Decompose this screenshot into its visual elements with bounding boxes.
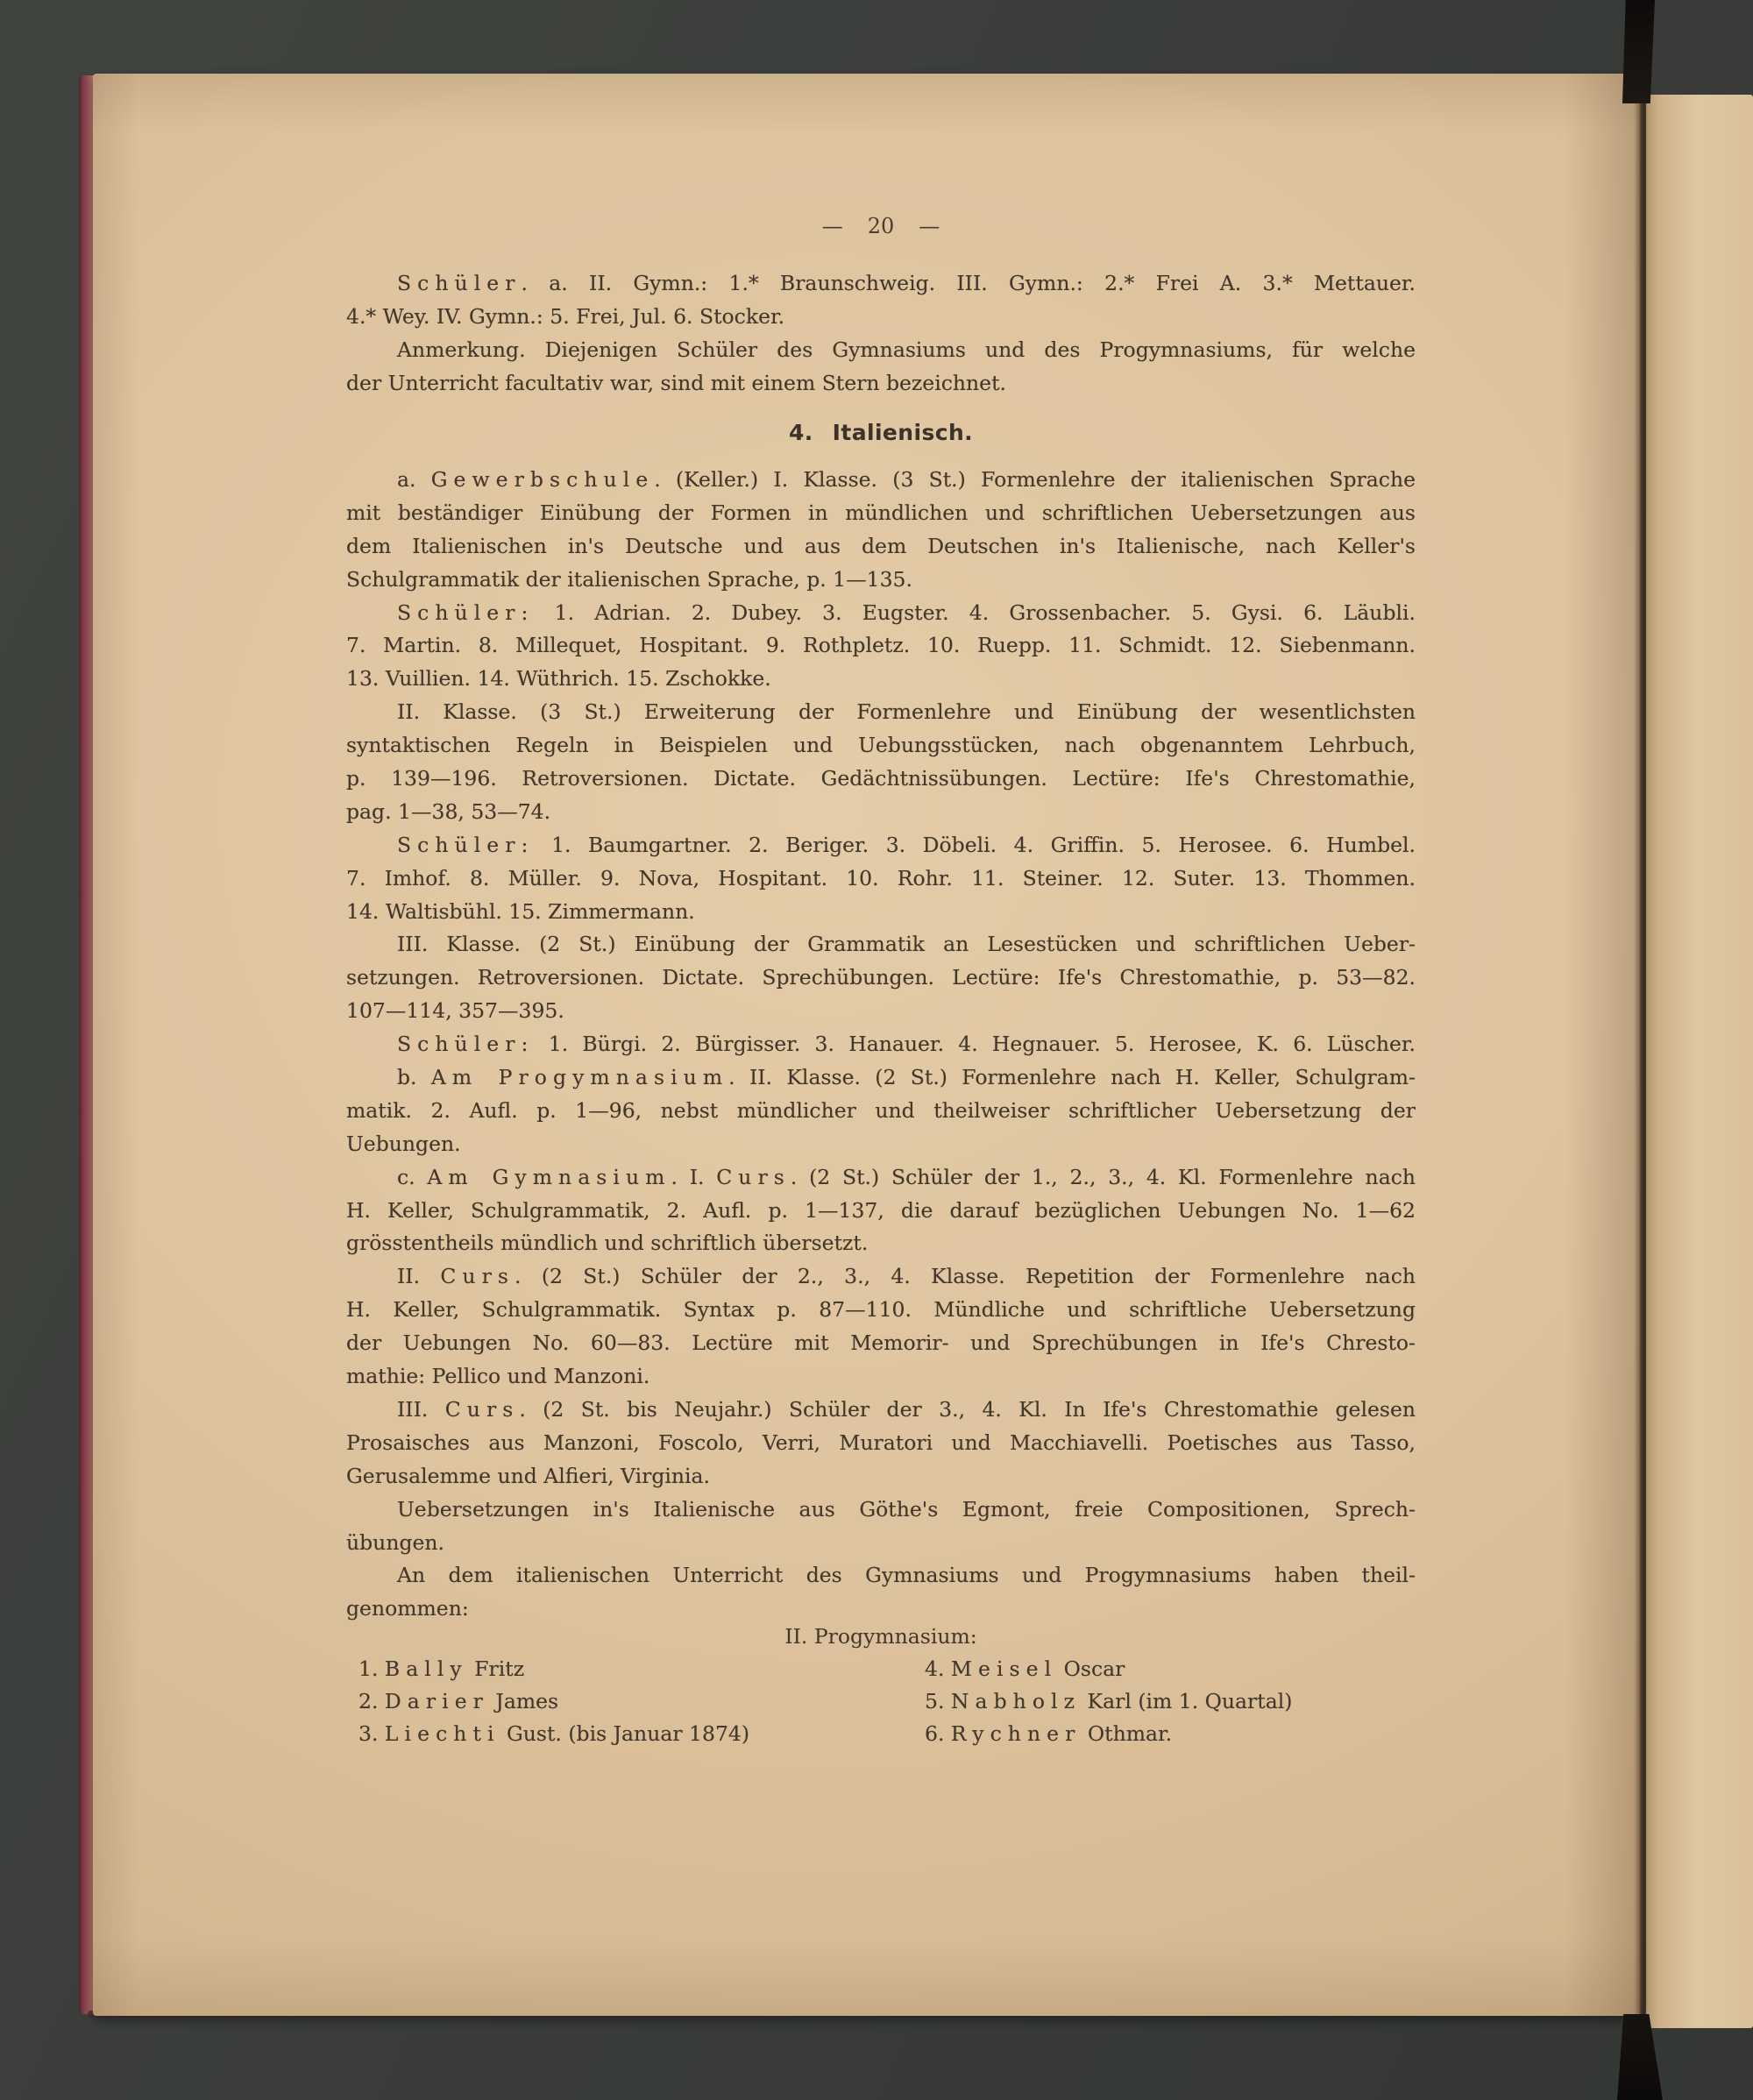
text-line: Anmerkung. Diejenigen Schüler des Gymnas…: [346, 333, 1416, 366]
text-line: Schüler. a. II. Gymn.: 1.* Braunschweig.…: [346, 266, 1416, 300]
text-line: Schüler: 1. Bürgi. 2. Bürgisser. 3. Hana…: [346, 1028, 1416, 1061]
text-segment: Uebersetzungen in's Italienische aus Göt…: [397, 1497, 1416, 1522]
text-segment: H. Keller, Schulgrammatik, 2. Aufl. p. 1…: [346, 1198, 1416, 1223]
text-line: 4. Meisel Oscar: [925, 1653, 1292, 1685]
participants-right: 4. Meisel Oscar5. Nabholz Karl (im 1. Qu…: [925, 1653, 1292, 1749]
text-segment: . (2 St.) Schüler der 2., 3., 4. Klasse.…: [515, 1264, 1416, 1288]
participants-list: 1. Bally Fritz2. Darier James3. Liechti …: [346, 1653, 1416, 1758]
text-line: a. Gewerbschule. (Keller.) I. Klasse. (3…: [346, 464, 1416, 497]
bookmark-ribbon-top: [1622, 0, 1655, 103]
text-segment: Oscar: [1057, 1657, 1125, 1681]
text-line: 3. Liechti Gust. (bis Januar 1874): [358, 1718, 749, 1750]
text-segment: a.: [397, 467, 431, 492]
letterspaced-text: Nabholz: [951, 1689, 1081, 1713]
section-heading-label: Italienisch.: [833, 420, 973, 445]
letterspaced-text: Darier: [385, 1689, 489, 1713]
text-segment: Gust. (bis Januar 1874): [500, 1721, 749, 1746]
text-line: mathie: Pellico und Manzoni.: [346, 1360, 1416, 1394]
text-segment: grösstentheils mündlich und schriftlich …: [346, 1231, 868, 1255]
text-segment: 7. Imhof. 8. Müller. 9. Nova, Hospitant.…: [346, 866, 1416, 890]
intro-block: Schüler. a. II. Gymn.: 1.* Braunschweig.…: [346, 266, 1416, 400]
text-segment: 3.: [358, 1721, 385, 1746]
text-line: 4.* Wey. IV. Gymn.: 5. Frei, Jul. 6. Sto…: [346, 300, 1416, 333]
letterspaced-text: Liechti: [385, 1721, 500, 1746]
text-line: der Uebungen No. 60—83. Lectüre mit Memo…: [346, 1327, 1416, 1360]
text-line: c. Am Gymnasium. I. Curs. (2 St.) Schüle…: [346, 1161, 1416, 1195]
text-segment: II. Klasse. (3 St.) Erweiterung der Form…: [397, 699, 1416, 724]
section-heading: 4.Italienisch.: [346, 415, 1416, 451]
text-line: Uebersetzungen in's Italienische aus Göt…: [346, 1493, 1416, 1527]
text-segment: 2.: [358, 1689, 385, 1713]
text-segment: 14. Waltisbühl. 15. Zimmermann.: [346, 899, 695, 924]
next-page-edge: [1646, 95, 1753, 2028]
text-line: übungen.: [346, 1527, 1416, 1560]
text-segment: 107—114, 357—395.: [346, 998, 564, 1023]
text-segment: 6.: [925, 1721, 951, 1746]
letterspaced-text: Meisel: [951, 1657, 1057, 1681]
text-segment: pag. 1—38, 53—74.: [346, 799, 550, 824]
page-number-dash-left: —: [822, 214, 843, 238]
text-line: Prosaisches aus Manzoni, Foscolo, Verri,…: [346, 1427, 1416, 1460]
text-segment: Schulgrammatik der italienischen Sprache…: [346, 567, 912, 592]
text-segment: Othmar.: [1081, 1721, 1172, 1746]
text-line: b. Am Progymnasium. II. Klasse. (2 St.) …: [346, 1061, 1416, 1095]
text-segment: Anmerkung. Diejenigen Schüler des Gymnas…: [397, 337, 1416, 362]
text-segment: An dem italienischen Unterricht des Gymn…: [397, 1563, 1416, 1587]
letterspaced-text: Curs: [445, 1397, 520, 1422]
section-heading-number: 4.: [789, 415, 813, 451]
text-segment: syntaktischen Regeln in Beispielen und U…: [346, 733, 1416, 757]
page-number-value: 20: [868, 209, 895, 243]
text-line: pag. 1—38, 53—74.: [346, 796, 1416, 829]
letterspaced-text: Curs: [440, 1264, 515, 1288]
text-line: Uebungen.: [346, 1128, 1416, 1161]
text-segment: matik. 2. Aufl. p. 1—96, nebst mündliche…: [346, 1098, 1416, 1123]
text-segment: 1.: [358, 1657, 385, 1681]
body-block: a. Gewerbschule. (Keller.) I. Klasse. (3…: [346, 464, 1416, 1626]
letterspaced-text: Am Gymnasium: [427, 1165, 671, 1189]
text-segment: übungen.: [346, 1530, 444, 1555]
text-line: III. Curs. (2 St. bis Neujahr.) Schüler …: [346, 1394, 1416, 1427]
text-line: 2. Darier James: [358, 1685, 749, 1718]
letterspaced-text: Am Progymnasium: [431, 1065, 728, 1089]
text-line: 7. Imhof. 8. Müller. 9. Nova, Hospitant.…: [346, 862, 1416, 896]
text-segment: 13. Vuillien. 14. Wüthrich. 15. Zschokke…: [346, 666, 771, 691]
text-segment: . (2 St.) Schüler der 1., 2., 3., 4. Kl.…: [791, 1165, 1416, 1189]
text-segment: 7. Martin. 8. Millequet, Hospitant. 9. R…: [346, 633, 1416, 657]
text-line: H. Keller, Schulgrammatik, 2. Aufl. p. 1…: [346, 1195, 1416, 1228]
text-line: II. Klasse. (3 St.) Erweiterung der Form…: [346, 696, 1416, 729]
page-fold-shadow: [1634, 93, 1648, 2028]
text-segment: Prosaisches aus Manzoni, Foscolo, Verri,…: [346, 1430, 1416, 1455]
text-line: grösstentheils mündlich und schriftlich …: [346, 1227, 1416, 1260]
text-line: 5. Nabholz Karl (im 1. Quartal): [925, 1685, 1292, 1718]
text-segment: c.: [397, 1165, 427, 1189]
text-line: H. Keller, Schulgrammatik. Syntax p. 87—…: [346, 1294, 1416, 1327]
scanned-book-spread: —20— Schüler. a. II. Gymn.: 1.* Braunsch…: [0, 0, 1753, 2100]
page-number-dash-right: —: [919, 214, 940, 238]
text-line: mit beständiger Einübung der Formen in m…: [346, 497, 1416, 530]
text-segment: 5.: [925, 1689, 951, 1713]
text-line: Schüler: 1. Adrian. 2. Dubey. 3. Eugster…: [346, 597, 1416, 630]
text-line: syntaktischen Regeln in Beispielen und U…: [346, 729, 1416, 763]
text-line: 13. Vuillien. 14. Wüthrich. 15. Zschokke…: [346, 663, 1416, 696]
text-segment: genommen:: [346, 1596, 469, 1621]
text-line: dem Italienischen in's Deutsche und aus …: [346, 530, 1416, 564]
text-segment: 1. Adrian. 2. Dubey. 3. Eugster. 4. Gros…: [535, 600, 1416, 625]
text-segment: dem Italienischen in's Deutsche und aus …: [346, 534, 1416, 558]
text-line: 14. Waltisbühl. 15. Zimmermann.: [346, 896, 1416, 929]
letterspaced-text: Bally: [385, 1657, 468, 1681]
text-line: setzungen. Retroversionen. Dictate. Spre…: [346, 961, 1416, 995]
text-line: 1. Bally Fritz: [358, 1653, 749, 1685]
page-number: —20—: [346, 209, 1416, 243]
text-line: matik. 2. Aufl. p. 1—96, nebst mündliche…: [346, 1095, 1416, 1128]
text-line: der Unterricht facultativ war, sind mit …: [346, 366, 1416, 400]
text-segment: James: [489, 1689, 558, 1713]
text-segment: der Uebungen No. 60—83. Lectüre mit Memo…: [346, 1330, 1416, 1355]
text-segment: . I.: [671, 1165, 717, 1189]
text-line: Gerusalemme und Alfieri, Virginia.: [346, 1460, 1416, 1493]
text-segment: Gerusalemme und Alfieri, Virginia.: [346, 1464, 710, 1488]
text-line: Schulgrammatik der italienischen Sprache…: [346, 564, 1416, 597]
text-segment: Karl (im 1. Quartal): [1081, 1689, 1292, 1713]
letterspaced-text: Schüler:: [397, 1032, 535, 1056]
letterspaced-text: Gewerbschule: [431, 467, 655, 492]
letterspaced-text: Schüler:: [397, 833, 535, 857]
text-line: 107—114, 357—395.: [346, 995, 1416, 1028]
text-segment: III.: [397, 1397, 445, 1422]
text-segment: . II. Klasse. (2 St.) Formenlehre nach H…: [728, 1065, 1416, 1089]
text-segment: mit beständiger Einübung der Formen in m…: [346, 500, 1416, 525]
text-segment: 1. Bürgi. 2. Bürgisser. 3. Hanauer. 4. H…: [535, 1032, 1416, 1056]
text-segment: Fritz: [468, 1657, 524, 1681]
text-segment: 4.* Wey. IV. Gymn.: 5. Frei, Jul. 6. Sto…: [346, 304, 784, 329]
letterspaced-text: Rychner: [951, 1721, 1081, 1746]
text-segment: mathie: Pellico und Manzoni.: [346, 1364, 649, 1388]
text-segment: 1. Baumgartner. 2. Beriger. 3. Döbeli. 4…: [535, 833, 1416, 857]
text-segment: III. Klasse. (2 St.) Einübung der Gramma…: [397, 932, 1416, 956]
text-line: p. 139—196. Retroversionen. Dictate. Ged…: [346, 763, 1416, 796]
letterspaced-text: Schüler:: [397, 600, 535, 625]
text-segment: p. 139—196. Retroversionen. Dictate. Ged…: [346, 766, 1416, 791]
text-segment: der Unterricht facultativ war, sind mit …: [346, 371, 1006, 395]
text-line: Schüler: 1. Baumgartner. 2. Beriger. 3. …: [346, 829, 1416, 862]
participants-left: 1. Bally Fritz2. Darier James3. Liechti …: [358, 1653, 749, 1749]
text-segment: . a. II. Gymn.: 1.* Braunschweig. III. G…: [522, 271, 1416, 295]
text-segment: H. Keller, Schulgrammatik. Syntax p. 87—…: [346, 1297, 1416, 1322]
text-segment: . (2 St. bis Neujahr.) Schüler der 3., 4…: [519, 1397, 1416, 1422]
text-line: II. Curs. (2 St.) Schüler der 2., 3., 4.…: [346, 1260, 1416, 1294]
document-page: —20— Schüler. a. II. Gymn.: 1.* Braunsch…: [93, 74, 1643, 2016]
text-segment: II.: [397, 1264, 440, 1288]
text-line: An dem italienischen Unterricht des Gymn…: [346, 1559, 1416, 1593]
text-segment: 4.: [925, 1657, 951, 1681]
list-subheading: II. Progymnasium:: [346, 1620, 1416, 1653]
text-line: 6. Rychner Othmar.: [925, 1718, 1292, 1750]
text-line: III. Klasse. (2 St.) Einübung der Gramma…: [346, 928, 1416, 961]
text-segment: Uebungen.: [346, 1132, 461, 1156]
text-segment: . (Keller.) I. Klasse. (3 St.) Formenleh…: [654, 467, 1416, 492]
text-line: 7. Martin. 8. Millequet, Hospitant. 9. R…: [346, 629, 1416, 663]
letterspaced-text: Curs: [716, 1165, 791, 1189]
letterspaced-text: Schüler: [397, 271, 522, 295]
text-segment: setzungen. Retroversionen. Dictate. Spre…: [346, 965, 1416, 990]
text-segment: b.: [397, 1065, 431, 1089]
